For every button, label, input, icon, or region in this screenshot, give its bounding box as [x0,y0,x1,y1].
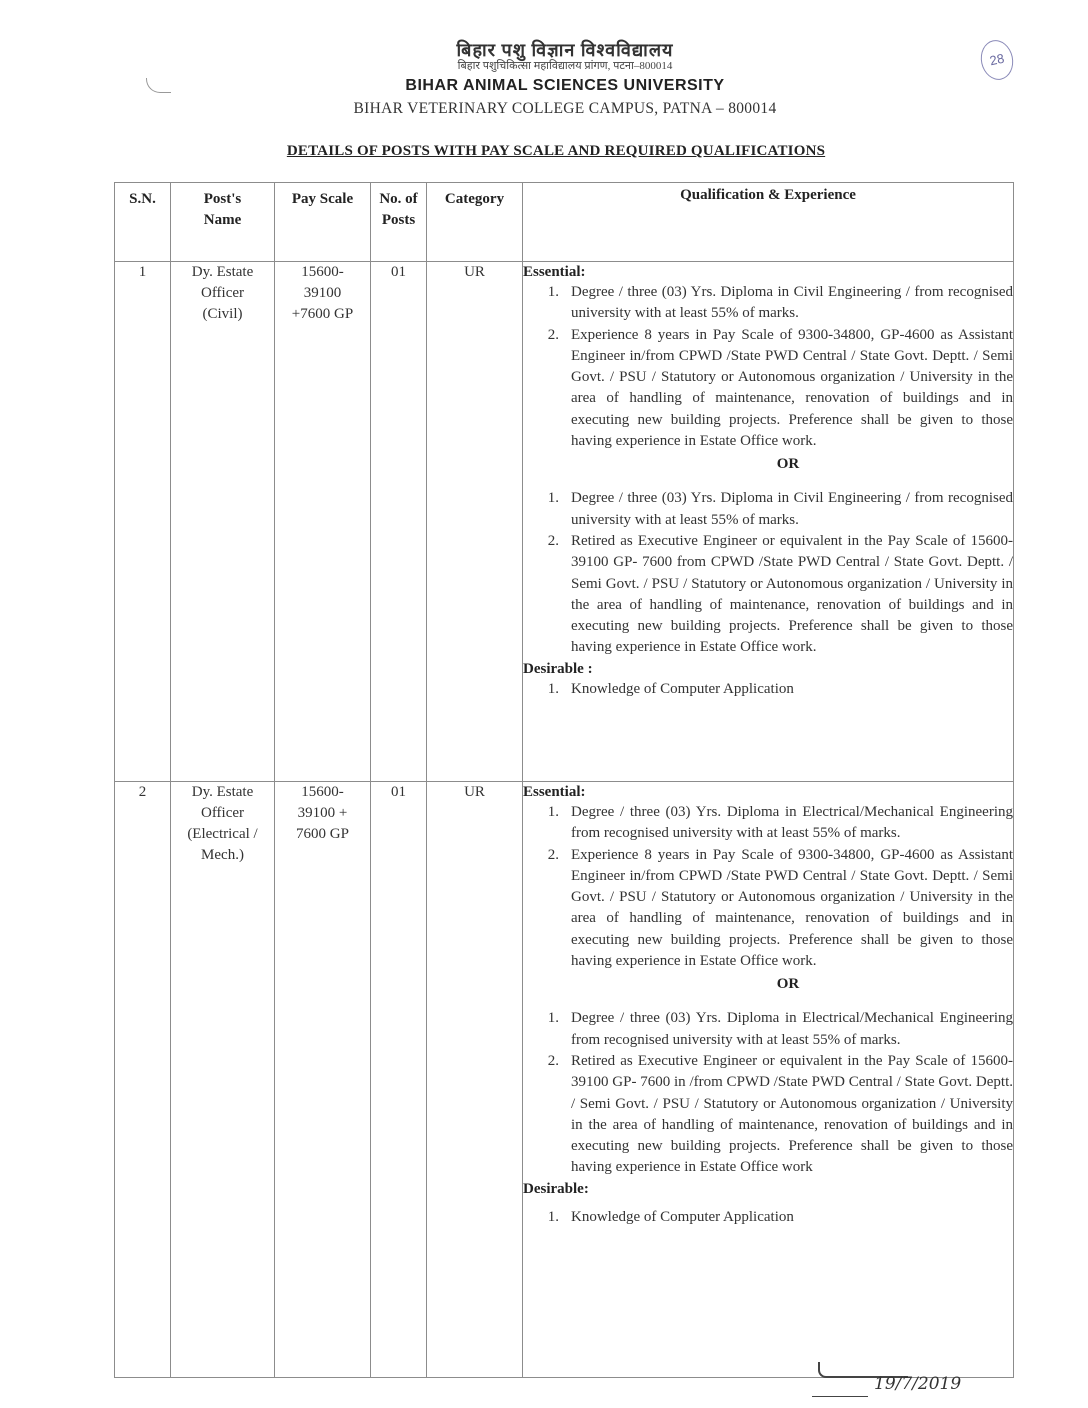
list-item-text: Knowledge of Computer Application [571,1207,1013,1228]
column-header-pay-scale: Pay Scale [275,183,371,262]
list-item: 2.Retired as Executive Engineer or equiv… [523,1051,1013,1179]
posts-count-cell-text: 01 [371,262,426,283]
serial-number-cell-text: 1 [115,262,170,283]
or-separator: OR [523,454,1013,474]
document-title: DETAILS OF POSTS WITH PAY SCALE AND REQU… [0,143,1088,160]
posts-count-cell: 01 [371,262,427,782]
column-header-post-name: Post's Name [171,183,275,262]
posts-count-cell-text: 01 [371,782,426,803]
column-header-sn: S.N. [115,183,171,262]
list-item-number: 1. [523,679,571,700]
pay-scale-cell: 15600-39100 +7600 GP [275,262,371,782]
post-name-cell: Dy. Estate Officer (Electrical / Mech.) [171,782,275,1378]
table-row: 1Dy. Estate Officer (Civil)15600-39100 +… [115,262,1014,782]
list-item-number: 1. [523,1207,571,1228]
category-cell: UR [427,782,523,1378]
signature-block: 19/7/2019 [812,1360,1002,1404]
list-item-text: Degree / three (03) Yrs. Diploma in Civi… [571,488,1013,531]
list-item-number: 1. [523,802,571,845]
category-cell: UR [427,262,523,782]
pay-scale-cell: 15600-39100 + 7600 GP [275,782,371,1378]
university-hindi-address: बिहार पशुचिकित्सा महाविद्यालय प्रांगण, प… [0,58,1088,73]
signature-date: 19/7/2019 [874,1374,961,1394]
essential-alternative-list: 1.Degree / three (03) Yrs. Diploma in El… [523,1008,1013,1178]
list-item-text: Knowledge of Computer Application [571,679,1013,700]
university-address: BIHAR VETERINARY COLLEGE CAMPUS, PATNA –… [0,100,1088,118]
list-item-number: 1. [523,282,571,325]
list-item-number: 2. [523,531,571,659]
serial-number-cell: 1 [115,262,171,782]
column-header-post-name-text: Post's Name [193,189,253,231]
table-row: 2Dy. Estate Officer (Electrical / Mech.)… [115,782,1014,1378]
essential-alternative-list: 1.Degree / three (03) Yrs. Diploma in Ci… [523,488,1013,658]
post-name-cell: Dy. Estate Officer (Civil) [171,262,275,782]
serial-number-cell: 2 [115,782,171,1378]
list-item-number: 2. [523,1051,571,1179]
pay-scale-cell-text: 15600-39100 + 7600 GP [288,782,358,845]
list-item-number: 1. [523,488,571,531]
serial-number-cell-text: 2 [115,782,170,803]
list-item: 1.Knowledge of Computer Application [523,679,1013,700]
or-separator: OR [523,974,1013,994]
list-item: 1.Degree / three (03) Yrs. Diploma in Ci… [523,488,1013,531]
desirable-label: Desirable: [523,1179,1013,1199]
table-header-row: S.N. Post's Name Pay Scale No. of Posts … [115,183,1014,262]
column-header-posts-text: No. of Posts [379,189,419,231]
list-item-text: Experience 8 years in Pay Scale of 9300-… [571,325,1013,453]
category-cell-text: UR [427,782,522,803]
desirable-list: 1.Knowledge of Computer Application [523,1207,1013,1228]
list-item-text: Retired as Executive Engineer or equival… [571,531,1013,659]
list-item: 2.Retired as Executive Engineer or equiv… [523,531,1013,659]
posts-table: S.N. Post's Name Pay Scale No. of Posts … [114,182,1014,1378]
list-item-text: Experience 8 years in Pay Scale of 9300-… [571,845,1013,973]
qualification-cell: Essential:1.Degree / three (03) Yrs. Dip… [523,262,1014,782]
list-item-number: 2. [523,845,571,973]
list-item: 1.Degree / three (03) Yrs. Diploma in Ci… [523,282,1013,325]
list-item-text: Degree / three (03) Yrs. Diploma in Elec… [571,1008,1013,1051]
column-header-category: Category [427,183,523,262]
list-item-text: Degree / three (03) Yrs. Diploma in Elec… [571,802,1013,845]
essential-list: 1.Degree / three (03) Yrs. Diploma in Ci… [523,282,1013,452]
column-header-posts: No. of Posts [371,183,427,262]
list-item-text: Degree / three (03) Yrs. Diploma in Civi… [571,282,1013,325]
list-item-number: 1. [523,1008,571,1051]
posts-count-cell: 01 [371,782,427,1378]
essential-label: Essential: [523,782,1013,802]
list-item: 1.Degree / three (03) Yrs. Diploma in El… [523,1008,1013,1051]
desirable-label: Desirable : [523,659,1013,679]
list-item-number: 2. [523,325,571,453]
pay-scale-cell-text: 15600-39100 +7600 GP [288,262,358,325]
post-name-cell-text: Dy. Estate Officer (Civil) [181,262,265,325]
list-item: 2.Experience 8 years in Pay Scale of 930… [523,325,1013,453]
list-item: 1.Knowledge of Computer Application [523,1207,1013,1228]
list-item: 1.Degree / three (03) Yrs. Diploma in El… [523,802,1013,845]
list-item: 2.Experience 8 years in Pay Scale of 930… [523,845,1013,973]
essential-label: Essential: [523,262,1013,282]
qualification-cell: Essential:1.Degree / three (03) Yrs. Dip… [523,782,1014,1378]
desirable-list: 1.Knowledge of Computer Application [523,679,1013,700]
column-header-qualification: Qualification & Experience [523,183,1014,262]
signature-line [812,1396,868,1397]
essential-list: 1.Degree / three (03) Yrs. Diploma in El… [523,802,1013,972]
list-item-text: Retired as Executive Engineer or equival… [571,1051,1013,1179]
category-cell-text: UR [427,262,522,283]
post-name-cell-text: Dy. Estate Officer (Electrical / Mech.) [181,782,265,866]
